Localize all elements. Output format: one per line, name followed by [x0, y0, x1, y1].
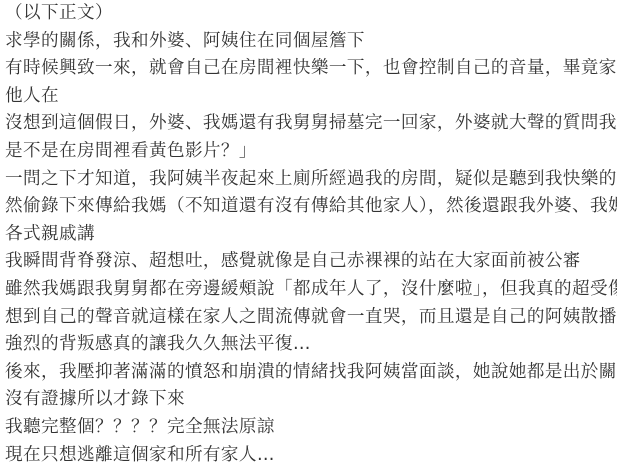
text-line: 沒有證據所以才錄下來 — [5, 386, 617, 414]
text-line: 求學的關係，我和外婆、阿姨住在同個屋簷下 — [5, 28, 617, 56]
text-line: 強烈的背叛感真的讓我久久無法平復… — [5, 331, 617, 359]
text-line: 然偷錄下來傳給我媽（不知道還有沒有傳給其他家人），然後還跟我外婆、我媽那邊的 — [5, 193, 617, 221]
text-line: 我聽完整個？？？？完全無法原諒 — [5, 414, 617, 442]
text-line: 一問之下才知道，我阿姨半夜起來上廁所經過我的房間，疑似是聽到我快樂的聲音，竟 — [5, 166, 617, 194]
text-line: 現在只想逃離這個家和所有家人… — [5, 442, 617, 470]
text-line: 想到自己的聲音就這樣在家人之間流傳就會一直哭，而且還是自己的阿姨散播的，那種 — [5, 304, 617, 332]
text-line: 雖然我媽跟我舅舅都在旁邊緩頰說「都成年人了，沒什麼啦」，但我真的超受傷，晚上 — [5, 276, 617, 304]
text-line: 他人在 — [5, 83, 617, 111]
text-line: 我瞬間背脊發涼、超想吐，感覺就像是自己赤裸裸的站在大家面前被公審 — [5, 248, 617, 276]
text-line: 後來，我壓抑著滿滿的憤怒和崩潰的情緒找我阿姨當面談，她說她都是出於關心，又怕 — [5, 359, 617, 387]
text-line: 沒想到這個假日，外婆、我媽還有我舅舅掃墓完一回家，外婆就大聲的質問我說：「妳 — [5, 110, 617, 138]
text-line: 各式親戚講 — [5, 221, 617, 249]
text-line: （以下正文） — [5, 0, 617, 28]
article-body: （以下正文） 求學的關係，我和外婆、阿姨住在同個屋簷下 有時候興致一來，就會自己… — [5, 0, 617, 469]
text-line: 有時候興致一來，就會自己在房間裡快樂一下，也會控制自己的音量，畢竟家裡還有其 — [5, 55, 617, 83]
text-line: 是不是在房間裡看黃色影片？」 — [5, 138, 617, 166]
